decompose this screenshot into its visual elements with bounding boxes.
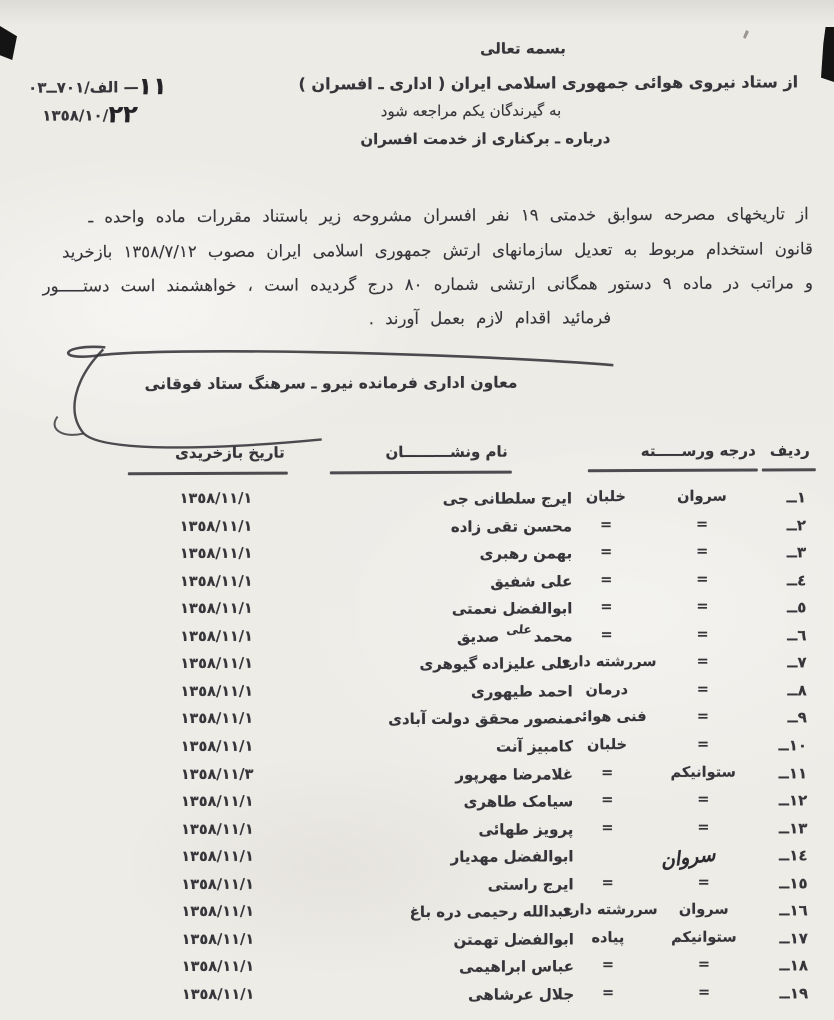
document-content: بسمه تعالی الف/۷۰۱ــ۰۳ —۱۱ ۱۳٥۸/۱۰/۲۲ از…	[0, 0, 834, 1020]
table-row: ۲ــ==محسن تقی زاده۱۳٥۸/۱۱/۱	[0, 516, 834, 546]
rank-cell: ==	[546, 544, 742, 561]
name-cell: سیامک طاهری	[464, 792, 574, 810]
header-underline	[762, 468, 816, 471]
header-underline	[128, 472, 288, 475]
header-underline	[330, 471, 512, 474]
row-number-cell: ٤ــ	[744, 571, 806, 589]
table-row: ۹ــ=فنی هوائیمنصور محقق دولت آبادی۱۳٥۸/۱…	[1, 709, 834, 739]
name-cell: پرویز طهائی	[478, 820, 573, 838]
buyout-date-cell: ۱۳٥۸/۱۱/۱	[140, 491, 292, 508]
table-row: ۳ــ==بهمن رهبری۱۳٥۸/۱۱/۱	[0, 543, 834, 573]
buyout-date-cell: ۱۳٥۸/۱۱/۱	[141, 794, 293, 811]
buyout-date-cell: ۱۳٥۸/۱۱/۱	[140, 518, 292, 535]
name-cell: ابوالفضل تهمتن	[453, 930, 573, 949]
name-cell: منصور محقق دولت آبادی	[388, 710, 573, 729]
rank-value: =	[663, 737, 743, 753]
rank-value: =	[662, 599, 742, 615]
table-row: ۱۲ــ==سیامک طاهری۱۳٥۸/۱۱/۱	[1, 791, 834, 821]
name-cell: ایرج سلطانی جی	[443, 489, 572, 508]
rank-cell: سروانخلبان	[546, 489, 742, 506]
rank-value: =	[664, 957, 744, 973]
row-number-cell: ۱۰ــ	[745, 736, 807, 754]
row-number-cell: ۱٤ــ	[745, 846, 807, 864]
table-row: ۱٦ــسروانسررشته داریعبدالله رحیمی دره با…	[2, 901, 834, 931]
rank-value: =	[663, 792, 743, 808]
body-paragraph-line: قانون استخدام مربوط به تعدیل سازمانهای ا…	[62, 239, 813, 261]
rank-cell: ستوانیکم=	[547, 764, 743, 781]
buyout-date-cell: ۱۳٥۸/۱۱/۱	[141, 821, 293, 838]
buyout-date-cell: ۱۳٥۸/۱۱/۱	[142, 931, 294, 948]
rank-cell: ==	[548, 874, 744, 891]
name-handwritten-note: علی	[506, 622, 532, 636]
document-date-handwritten: ۲۲	[107, 107, 138, 121]
name-cell: عبدالله رحیمی دره باغ	[410, 903, 574, 922]
row-number-cell: ٥ــ	[744, 598, 806, 616]
row-number-cell: ۹ــ	[745, 709, 807, 727]
buyout-date-cell: ۱۳٥۸/۱۱/۱	[141, 628, 293, 645]
name-cell: غلامرضا مهرپور	[455, 765, 573, 784]
table-row: ۱ــسروانخلبانایرج سلطانی جی۱۳٥۸/۱۱/۱	[0, 488, 834, 518]
table-row: ٤ــ==علی شفیق۱۳٥۸/۱۱/۱	[0, 571, 834, 601]
rank-cell: ==	[546, 571, 742, 588]
row-number-cell: ۱۱ــ	[745, 764, 807, 782]
name-cell: احمد طیهوری	[471, 682, 573, 700]
row-number-cell: ۲ــ	[744, 516, 806, 534]
name-cell: علی شفیق	[490, 572, 572, 590]
table-row: ۱۹ــ==جلال عرشاهی۱۳٥۸/۱۱/۱	[2, 984, 834, 1014]
body-paragraph-line: فرمائید اقدام لازم بعمل آورند .	[369, 308, 612, 328]
rank-cell: ==	[547, 819, 743, 836]
rank-value: =	[663, 654, 743, 670]
row-number-cell: ۱۳ــ	[745, 819, 807, 837]
buyout-date-cell: ۱۳٥۸/۱۱/۱	[141, 656, 293, 673]
rank-value: سروان	[662, 489, 742, 505]
rank-cell: ==	[546, 599, 742, 616]
rank-value: =	[664, 984, 744, 1000]
name-cell: ایرج راستی	[488, 875, 574, 893]
reference-number: الف/۷۰۱ــ۰۳ —۱۱	[28, 77, 168, 97]
document-date-printed: ۱۳٥۸/۱۰/	[42, 106, 108, 124]
bismillah-text: بسمه تعالی	[468, 39, 578, 57]
to-line: به گیرندگان یکم مراجعه شود	[381, 101, 562, 120]
body-paragraph-line: از تاریخهای مصرحه سوابق خدمتی ۱۹ نفر افس…	[88, 204, 808, 226]
from-line: از ستاد نیروی هوائی جمهوری اسلامی ایران …	[298, 72, 798, 93]
buyout-date-cell: ۱۳٥۸/۱۱/۳	[141, 766, 293, 783]
table-row: ٥ــ==ابوالفضل نعمتی۱۳٥۸/۱۱/۱	[0, 598, 834, 628]
name-cell: محمدعلی صدیق	[457, 627, 573, 646]
scanned-document-page: { "doc": { "bismillah": "بسمه تعالی", "r…	[0, 0, 834, 1020]
rank-value: =	[664, 874, 744, 890]
row-number-cell: ۱۹ــ	[746, 984, 808, 1002]
rank-value: ستوانیکم	[663, 764, 743, 780]
buyout-date-cell: ۱۳٥۸/۱۱/۱	[140, 546, 292, 563]
buyout-date-cell: ۱۳٥۸/۱۱/۱	[142, 986, 294, 1003]
rank-cell: ==	[547, 626, 743, 643]
rank-value: ستوانیکم	[664, 929, 744, 945]
buyout-date-cell: ۱۳٥۸/۱۱/۱	[142, 876, 294, 893]
rank-cell: =خلبان	[547, 737, 743, 754]
table-row: ۸ــ=درماناحمد طیهوری۱۳٥۸/۱۱/۱	[1, 681, 834, 711]
buyout-date-cell: ۱۳٥۸/۱۱/۱	[141, 738, 293, 755]
buyout-date-cell: ۱۳٥۸/۱۱/۱	[142, 904, 294, 921]
name-cell: محسن تقی زاده	[451, 517, 572, 536]
row-number-cell: ۷ــ	[745, 654, 807, 672]
document-date: ۱۳٥۸/۱۰/۲۲	[42, 105, 137, 124]
name-cell: جلال عرشاهی	[468, 985, 574, 1003]
rank-cell: =درمان	[547, 681, 743, 698]
row-number-cell: ۱ــ	[744, 488, 806, 506]
header-underline	[588, 469, 758, 472]
buyout-date-cell: ۱۳٥۸/۱۱/۱	[141, 683, 293, 700]
rank-value: =	[662, 516, 742, 532]
name-cell: علی علیزاده گیوهری	[419, 655, 572, 674]
table-row: ۷ــ=سررشته داریعلی علیزاده گیوهری۱۳٥۸/۱۱…	[1, 653, 834, 683]
rank-cell: ==	[546, 516, 742, 533]
rank-value: =	[663, 626, 743, 642]
row-number-cell: ۱۷ــ	[746, 929, 808, 947]
rank-cell: ==	[548, 984, 744, 1001]
column-header-name: نام ونشـــــــــان	[385, 443, 507, 462]
row-number-cell: ۱٥ــ	[746, 874, 808, 892]
rank-value: =	[663, 819, 743, 835]
row-number-cell: ٦ــ	[745, 626, 807, 644]
subject-line: درباره ـ برکناری از خدمت افسران	[360, 129, 610, 148]
buyout-date-cell: ۱۳٥۸/۱۱/۱	[140, 601, 292, 618]
table-row: ٦ــ==محمدعلی صدیق۱۳٥۸/۱۱/۱	[1, 626, 834, 656]
rank-cell: ستوانیکمپیاده	[548, 929, 744, 946]
buyout-date-cell: ۱۳٥۸/۱۱/۱	[141, 849, 293, 866]
column-header-date: تاریخ بازخریدی	[175, 444, 285, 462]
rank-cell: =سررشته داری	[547, 654, 743, 671]
row-number-cell: ۸ــ	[745, 681, 807, 699]
reference-number-printed: الف/۷۰۱ــ۰۳ —	[28, 78, 138, 96]
buyout-date-cell: ۱۳٥۸/۱۱/۱	[142, 959, 294, 976]
table-row: ۱۱ــستوانیکم=غلامرضا مهرپور۱۳٥۸/۱۱/۳	[1, 764, 834, 794]
row-number-cell: ۱۸ــ	[746, 957, 808, 975]
buyout-date-cell: ۱۳٥۸/۱۱/۱	[140, 573, 292, 590]
name-cell: ابوالفضل نعمتی	[452, 600, 573, 619]
table-row: ۱٥ــ==ایرج راستی۱۳٥۸/۱۱/۱	[2, 874, 834, 904]
signature-stroke	[13, 335, 634, 468]
table-row: ۱۸ــ==عباس ابراهیمی۱۳٥۸/۱۱/۱	[2, 957, 834, 987]
rank-value: =	[663, 709, 743, 725]
column-header-row-number: ردیف	[770, 441, 810, 459]
reference-number-handwritten: ۱۱	[138, 79, 169, 93]
rank-value: =	[662, 544, 742, 560]
rank-cell: سروانسررشته داری	[548, 902, 744, 919]
row-number-cell: ۱٦ــ	[746, 902, 808, 920]
table-row: ۱۰ــ=خلبانکامبیز آنت۱۳٥۸/۱۱/۱	[1, 736, 834, 766]
rank-cell: ==	[547, 792, 743, 809]
table-row: ۱۷ــستوانیکمپیادهابوالفضل تهمتن۱۳٥۸/۱۱/۱	[2, 929, 834, 959]
column-header-rank: درجه ورســـــته	[641, 442, 756, 461]
row-number-cell: ۱۲ــ	[745, 791, 807, 809]
table-row: ۱٤ــسروانابوالفضل مهدیار۱۳٥۸/۱۱/۱	[1, 846, 834, 876]
rank-handwritten: سروان	[660, 844, 717, 873]
body-paragraph-line: و مراتب در ماده ۹ دستور همگانی ارتشی شما…	[43, 273, 814, 295]
rank-value: =	[663, 681, 743, 697]
name-cell: بهمن رهبری	[480, 544, 573, 562]
rank-cell: =فنی هوائی	[547, 709, 743, 726]
name-cell: عباس ابراهیمی	[459, 958, 574, 977]
rank-cell: ==	[548, 957, 744, 974]
name-cell: کامبیز آنت	[496, 737, 573, 755]
rank-cell: سروان	[547, 847, 743, 870]
rank-value: سروان	[664, 902, 744, 918]
row-number-cell: ۳ــ	[744, 543, 806, 561]
name-cell: ابوالفضل مهدیار	[451, 847, 574, 866]
buyout-date-cell: ۱۳٥۸/۱۱/۱	[141, 711, 293, 728]
rank-value: =	[662, 571, 742, 587]
